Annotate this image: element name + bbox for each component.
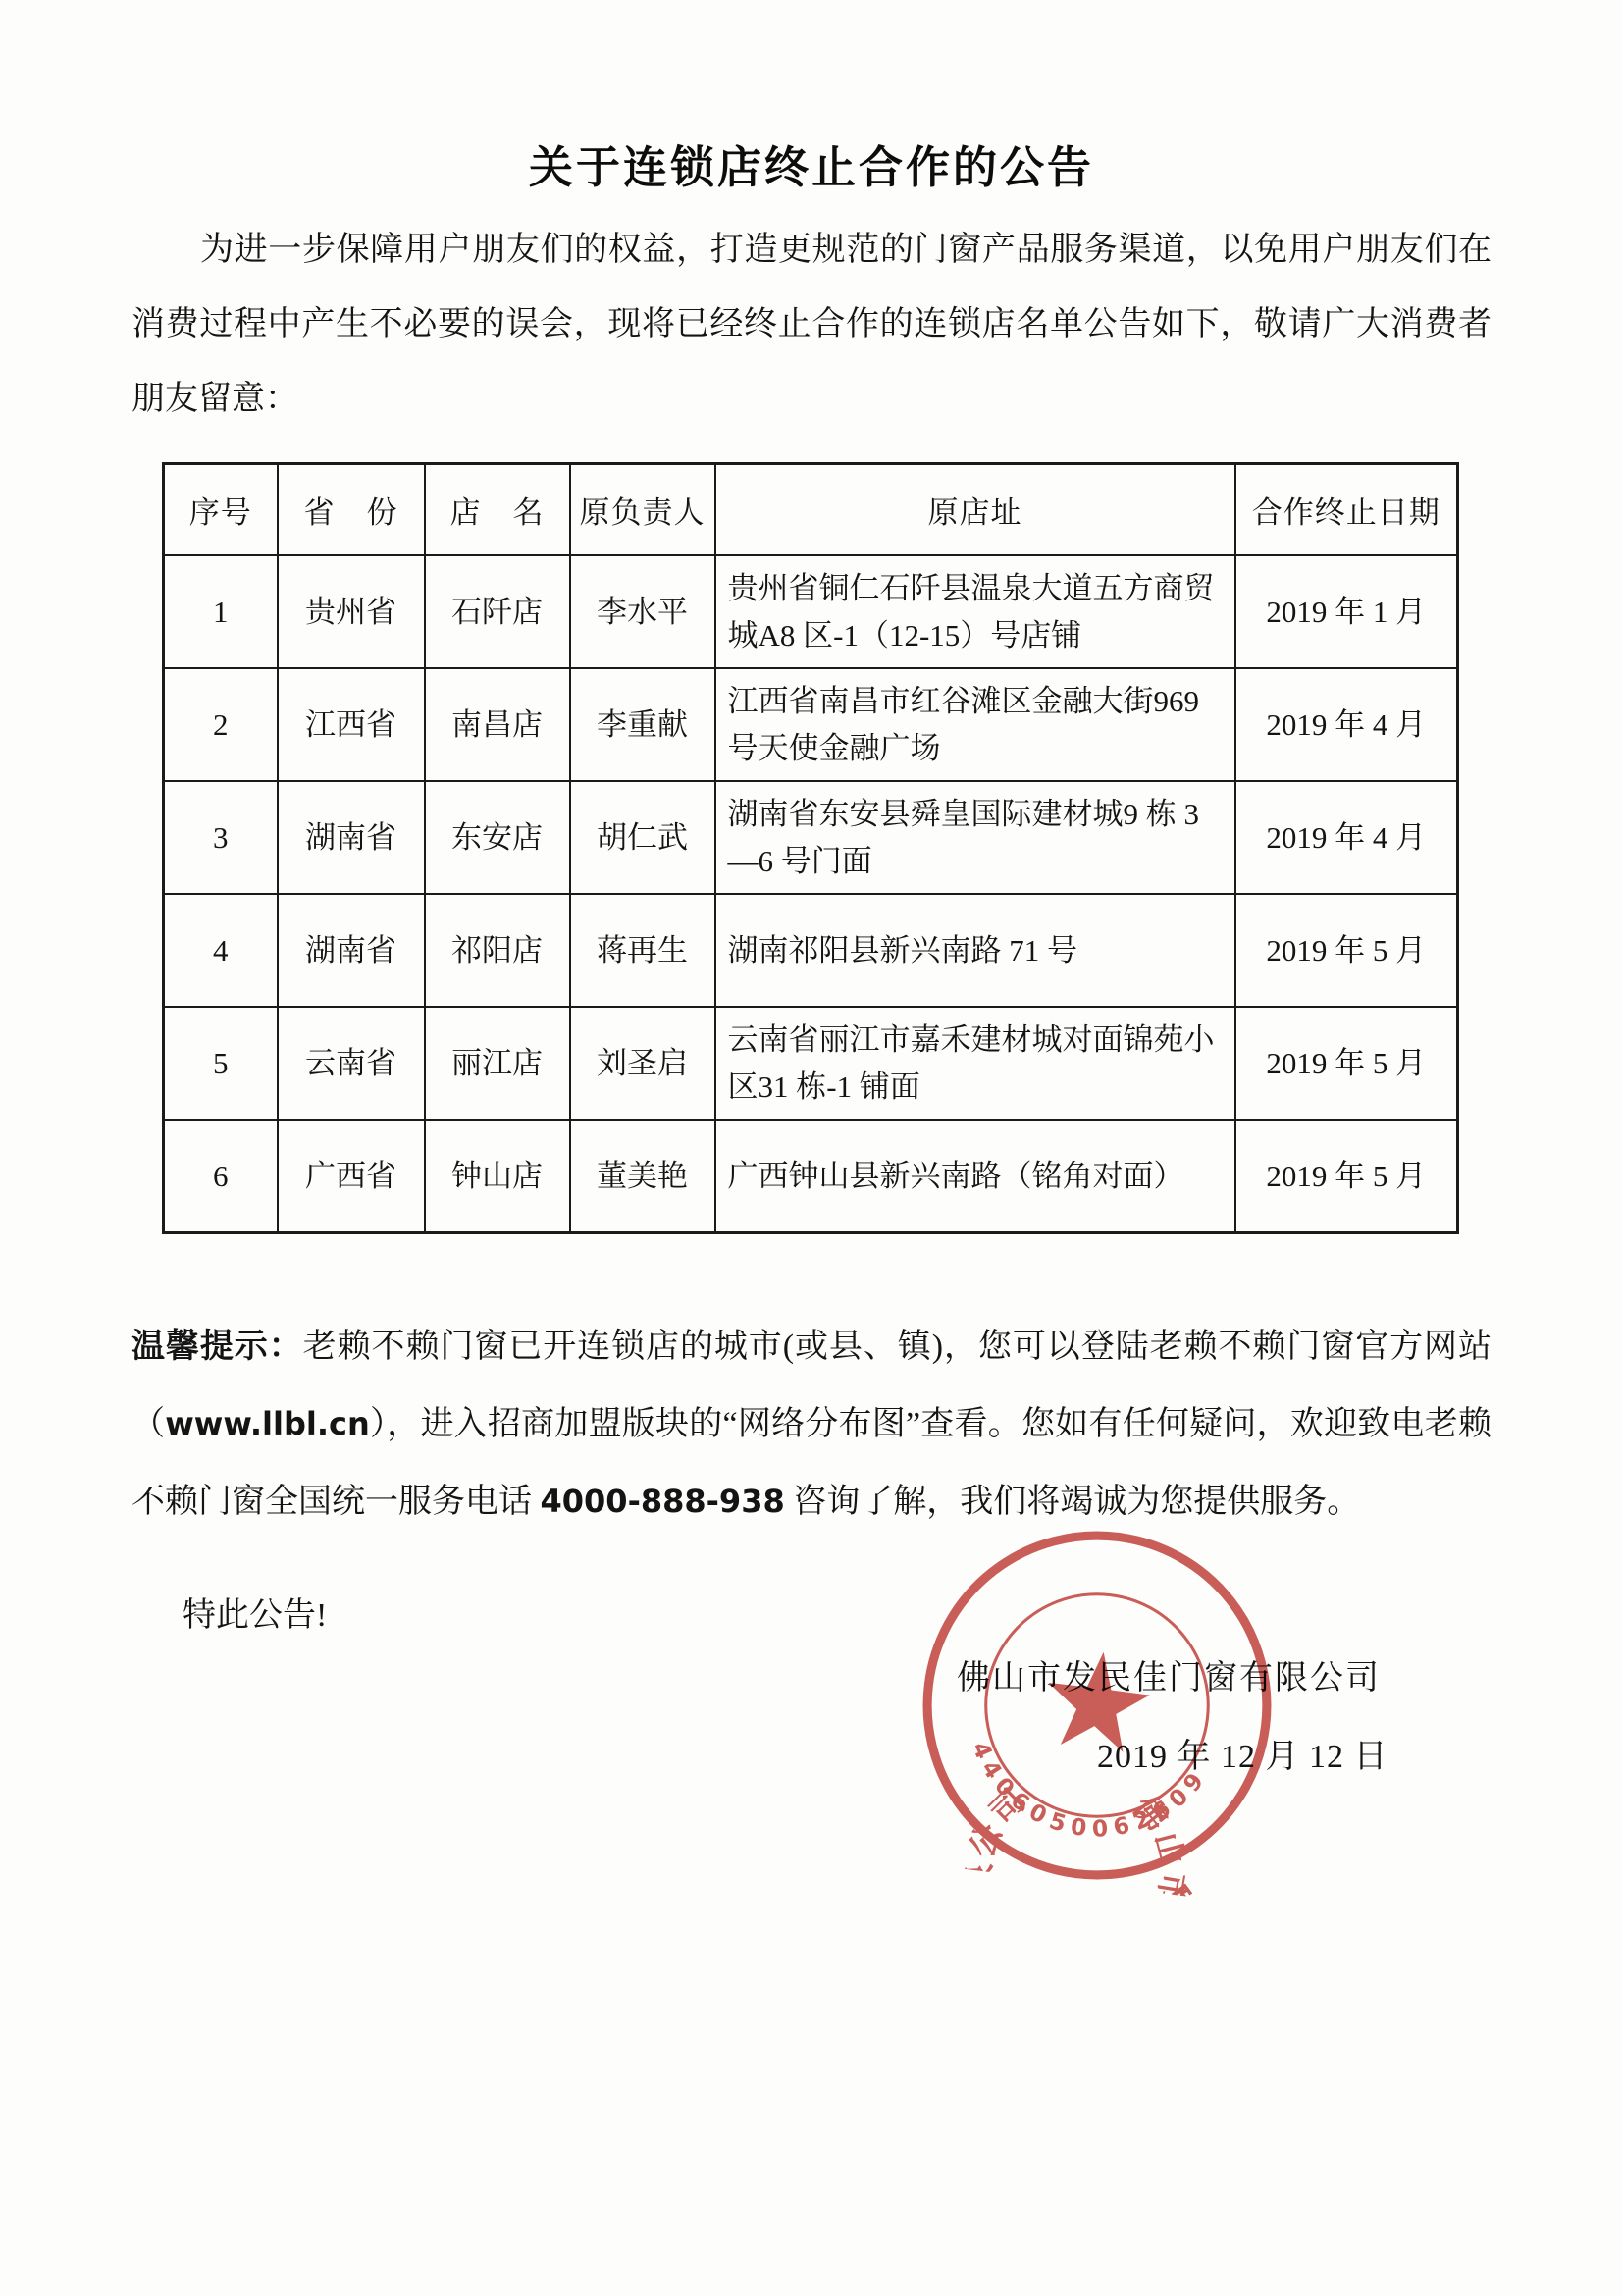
cell-store: 南昌店 [425, 668, 570, 781]
col-header-address: 原店址 [715, 464, 1235, 556]
table-row: 5 云南省 丽江店 刘圣启 云南省丽江市嘉禾建材城对面锦苑小区31 栋-1 铺面… [164, 1007, 1458, 1120]
service-phone: 4000-888-938 [541, 1483, 785, 1520]
terminated-stores-table: 序号 省 份 店 名 原负责人 原店址 合作终止日期 1 贵州省 石阡店 李水平… [162, 462, 1459, 1234]
cell-manager: 李重献 [570, 668, 715, 781]
cell-index: 3 [164, 781, 278, 894]
closing-statement: 特此公告! [183, 1588, 1492, 1636]
table-row: 6 广西省 钟山店 董美艳 广西钟山县新兴南路（铭角对面） 2019 年 5 月 [164, 1120, 1458, 1233]
cell-province: 广西省 [278, 1120, 425, 1233]
intro-paragraph: 为进一步保障用户朋友们的权益，打造更规范的门窗产品服务渠道，以免用户朋友们在消费… [131, 213, 1492, 437]
cell-store: 丽江店 [425, 1007, 570, 1120]
cell-province: 湖南省 [278, 894, 425, 1007]
page-content: 关于连锁店终止合作的公告 为进一步保障用户朋友们的权益，打造更规范的门窗产品服务… [0, 0, 1623, 1636]
tip-paragraph: 温馨提示：老赖不赖门窗已开连锁店的城市(或县、镇)，您可以登陆老赖不赖门窗官方网… [131, 1309, 1492, 1540]
col-header-store: 店 名 [425, 464, 570, 556]
tip-label: 温馨提示： [131, 1329, 303, 1365]
cell-store: 钟山店 [425, 1120, 570, 1233]
table-row: 3 湖南省 东安店 胡仁武 湖南省东安县舜皇国际建材城9 栋 3—6 号门面 2… [164, 781, 1458, 894]
cell-address: 云南省丽江市嘉禾建材城对面锦苑小区31 栋-1 铺面 [715, 1007, 1235, 1120]
cell-store: 祁阳店 [425, 894, 570, 1007]
cell-province: 贵州省 [278, 555, 425, 668]
stamp-star-icon [1041, 1645, 1154, 1754]
cell-manager: 刘圣启 [570, 1007, 715, 1120]
cell-end-date: 2019 年 4 月 [1235, 781, 1458, 894]
cell-end-date: 2019 年 1 月 [1235, 555, 1458, 668]
cell-province: 云南省 [278, 1007, 425, 1120]
table-row: 4 湖南省 祁阳店 蒋再生 湖南祁阳县新兴南路 71 号 2019 年 5 月 [164, 894, 1458, 1007]
cell-province: 江西省 [278, 668, 425, 781]
website-url: www.llbl.cn [165, 1405, 370, 1442]
cell-address: 贵州省铜仁石阡县温泉大道五方商贸城A8 区-1（12-15）号店铺 [715, 555, 1235, 668]
page-title: 关于连锁店终止合作的公告 [131, 0, 1492, 195]
cell-store: 东安店 [425, 781, 570, 894]
cell-index: 6 [164, 1120, 278, 1233]
announcement-page: 关于连锁店终止合作的公告 为进一步保障用户朋友们的权益，打造更规范的门窗产品服务… [0, 0, 1623, 2296]
table-row: 1 贵州省 石阡店 李水平 贵州省铜仁石阡县温泉大道五方商贸城A8 区-1（12… [164, 555, 1458, 668]
cell-index: 1 [164, 555, 278, 668]
col-header-province: 省 份 [278, 464, 425, 556]
cell-end-date: 2019 年 4 月 [1235, 668, 1458, 781]
cell-index: 2 [164, 668, 278, 781]
col-header-manager: 原负责人 [570, 464, 715, 556]
cell-end-date: 2019 年 5 月 [1235, 1007, 1458, 1120]
table-row: 2 江西省 南昌店 李重献 江西省南昌市红谷滩区金融大街969 号天使金融广场 … [164, 668, 1458, 781]
cell-manager: 李水平 [570, 555, 715, 668]
cell-province: 湖南省 [278, 781, 425, 894]
cell-end-date: 2019 年 5 月 [1235, 894, 1458, 1007]
cell-store: 石阡店 [425, 555, 570, 668]
cell-address: 广西钟山县新兴南路（铭角对面） [715, 1120, 1235, 1233]
col-header-index: 序号 [164, 464, 278, 556]
table-header-row: 序号 省 份 店 名 原负责人 原店址 合作终止日期 [164, 464, 1458, 556]
tip-text-3: 咨询了解，我们将竭诚为您提供服务。 [785, 1484, 1361, 1520]
company-seal-stamp: Foshan Faminjia Doors & Windows Co.,Ltd … [898, 1506, 1296, 1905]
cell-index: 4 [164, 894, 278, 1007]
cell-end-date: 2019 年 5 月 [1235, 1120, 1458, 1233]
cell-index: 5 [164, 1007, 278, 1120]
cell-address: 江西省南昌市红谷滩区金融大街969 号天使金融广场 [715, 668, 1235, 781]
col-header-end-date: 合作终止日期 [1235, 464, 1458, 556]
cell-manager: 蒋再生 [570, 894, 715, 1007]
cell-address: 湖南省东安县舜皇国际建材城9 栋 3—6 号门面 [715, 781, 1235, 894]
cell-manager: 胡仁武 [570, 781, 715, 894]
cell-address: 湖南祁阳县新兴南路 71 号 [715, 894, 1235, 1007]
cell-manager: 董美艳 [570, 1120, 715, 1233]
